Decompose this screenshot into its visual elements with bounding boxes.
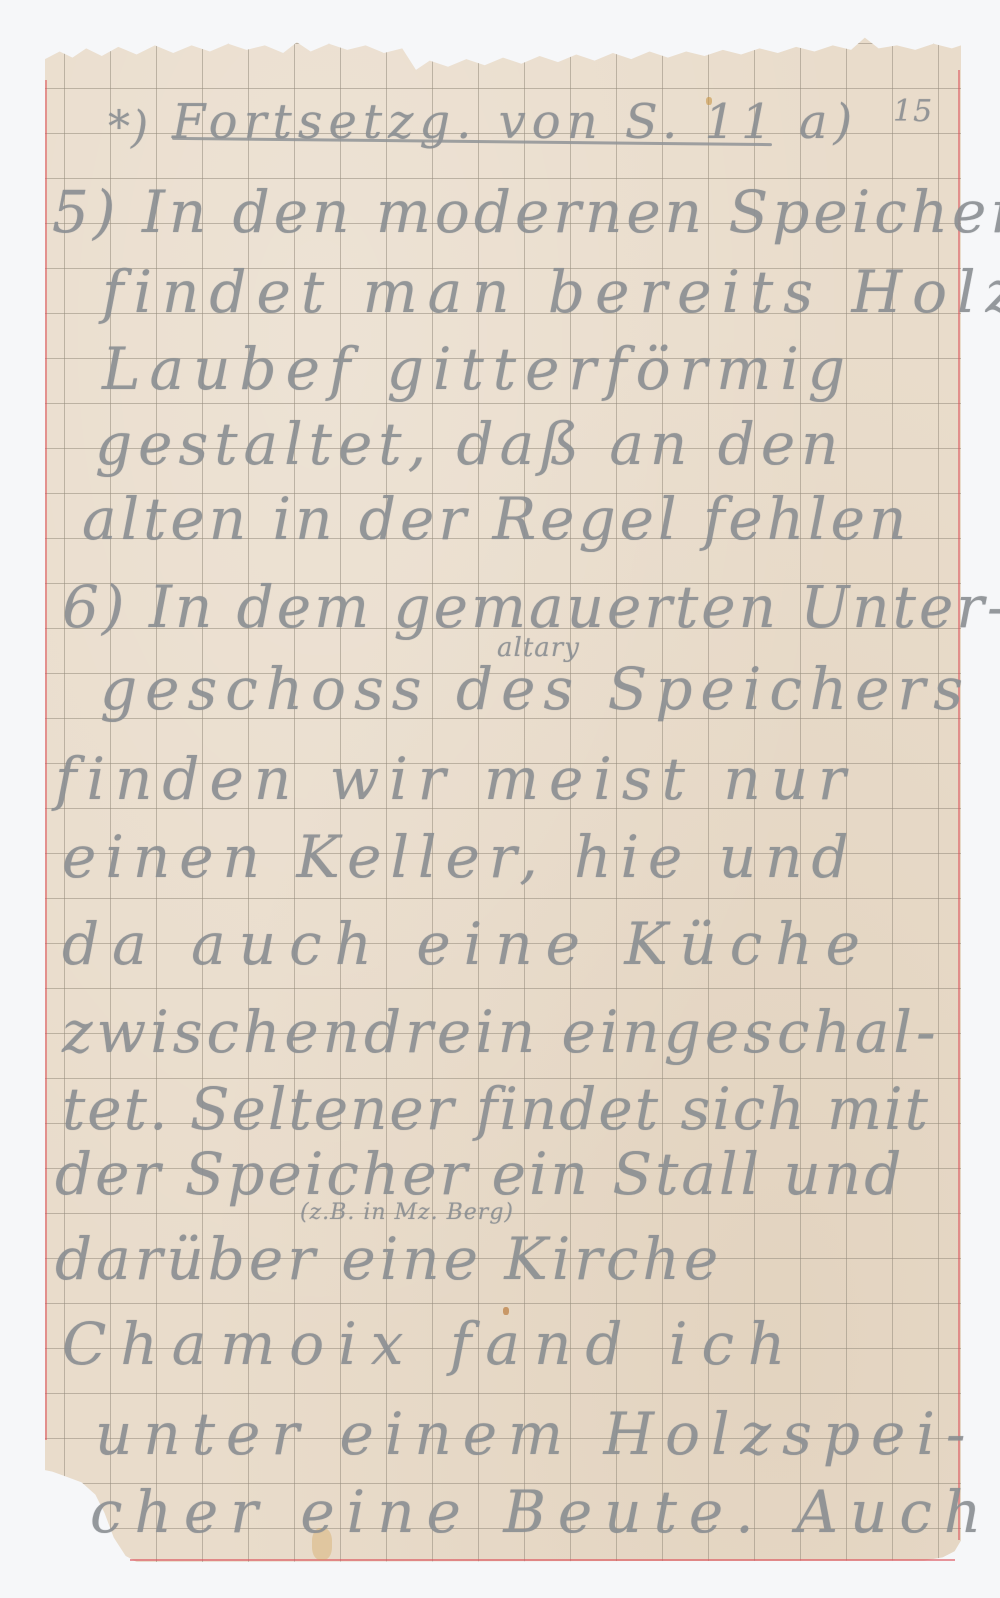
text-line: Chamoix fand ich — [62, 1310, 799, 1378]
text-line: tet. Seltener findet sich mit — [62, 1075, 930, 1143]
text-line: findet man bereits Holz — [102, 258, 1000, 326]
scanned-page: *) Fortsetzg. von S. 11 a) 15 5) In den … — [0, 0, 1000, 1598]
text-line: einen Keller, hie und — [62, 823, 858, 891]
text-line: 5) In den modernen Speicher — [52, 178, 1000, 246]
text-line: gestaltet, daß an den — [95, 410, 845, 478]
page-number: 15 — [893, 94, 933, 129]
text-line: der Speicher ein Stall und — [55, 1140, 904, 1208]
text-line: da auch eine Küche — [62, 910, 873, 978]
paper-edge-left — [45, 80, 47, 1440]
text-line: geschoss des Speichers — [100, 655, 971, 723]
text-line: zwischendrein eingeschal- — [62, 998, 940, 1066]
insertion-above-line: (z.B. in Mz. Berg) — [300, 1200, 514, 1225]
text-line: cher eine Beute. Auch — [90, 1478, 993, 1546]
text-line: alten in der Regel fehlen — [82, 485, 910, 553]
continuation-marker: *) — [108, 102, 149, 153]
text-line: unter einem Holzspei- — [95, 1400, 976, 1468]
text-line: finden wir meist nur — [55, 745, 856, 813]
text-line: 6) In dem gemauerten Unter- — [62, 573, 1000, 641]
text-line: Laubef gitterförmig — [102, 335, 854, 403]
text-line: darüber eine Kirche — [55, 1225, 722, 1293]
paper-edge-bottom — [130, 1559, 955, 1561]
